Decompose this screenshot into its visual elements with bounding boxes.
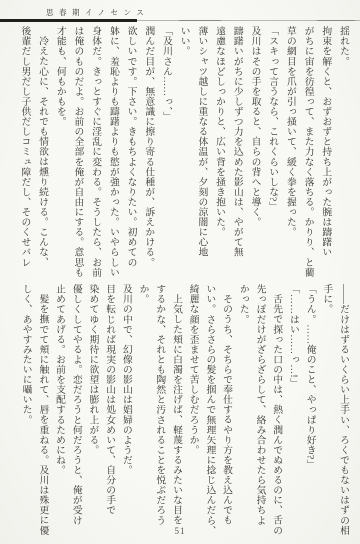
text-column: 才能も、何もかもを。 bbox=[51, 26, 69, 284]
page-number: 51 bbox=[0, 526, 360, 536]
text-column: は俺のものだよ。お前の全部を俺が自由にする。意思も bbox=[69, 26, 87, 284]
running-head-title: 思春期イノセンス bbox=[46, 7, 149, 18]
lower-text-block: ――だけはずるいくらい上手い、ろくでもないはずの相 手に。 「うん。……俺のこと… bbox=[15, 284, 351, 534]
text-column: ――だけはずるいくらい上手い、ろくでもないはずの相 bbox=[334, 284, 351, 534]
text-column: 後輩だし男だし子供だしコミュ障だし、そのくせバレ bbox=[16, 26, 34, 284]
text-column: 先っぽだけがざらざらして、絡み合わせたら気持ちよ bbox=[251, 284, 268, 534]
text-column: 染めてゆく期待に欲望は膨れ上がる。 bbox=[84, 284, 101, 534]
text-column: 「スキって言うなら、これくらいしな?」 bbox=[263, 26, 281, 284]
text-column: 優しくしてやるよ。恋だろうと何だろうと、俺が受け bbox=[67, 284, 84, 534]
text-column: 身体だ。きっとすぐに淫乱に変わる。そうしたら、お前 bbox=[86, 26, 104, 284]
text-column: 揺れた。 bbox=[334, 26, 352, 284]
text-column: 欲しいです。下さい。きもちよくなりたい。初めての bbox=[122, 26, 140, 284]
text-column: 躰に、羞恥よりも躊躇よりも慾が強かった。いやらしい bbox=[104, 26, 122, 284]
header-rule-smudge bbox=[317, 20, 355, 22]
text-column: 拘束を解くと、おずおずと持ち上がった腕は躊躇い bbox=[317, 26, 335, 284]
text-column: いい。 bbox=[175, 26, 193, 284]
text-column: 及川の中で、幻像の影山は娼婦のようだ。 bbox=[117, 284, 134, 534]
text-column: 冷えた心に、それでも情欲は燻り続ける。こんな、 bbox=[33, 26, 51, 284]
text-column: 目を転じれば現実の影山は処女めいて、自分の手で bbox=[100, 284, 117, 534]
text-column: 上気した頬に白濁を注げば、軽蔑するみたいな目を bbox=[167, 284, 184, 534]
text-column: いい。さらさらの髪を掴んで無理矢理に捻じ込んだら、 bbox=[201, 284, 218, 534]
text-column: 舌先で探った口の中は、熱く潤んでぬめるのに、舌の bbox=[267, 284, 284, 534]
text-column: しく、あやすみたいに囁いた。 bbox=[17, 284, 34, 534]
text-column: そのうち、そちらで奉仕するやり方を教え込んでも bbox=[217, 284, 234, 534]
text-column: 髪を撫でて頬に触れて、唇を重ねる。及川は殊更に優 bbox=[34, 284, 51, 534]
text-column: がちに宙を彷徨って、また力なく落ちる。かりり、と藺 bbox=[299, 26, 317, 284]
text-column: 手に。 bbox=[318, 284, 335, 534]
text-column: 止めてあげる。お前を支配するためにね。 bbox=[50, 284, 67, 534]
text-column: 遠慮なほどしっかりと、広い背を掻き抱いた。 bbox=[210, 26, 228, 284]
text-column: 綺麗な顔を歪ませて苦しむだろうか。 bbox=[184, 284, 201, 534]
text-column: 躊躇いがちに少しずつ力を込めた影山は、やがて無 bbox=[228, 26, 246, 284]
text-column: 潤んだ目が、無意識に擦り寄る仕種が、訴えかける。 bbox=[140, 26, 158, 284]
text-column: 「うん。……俺のこと、やっぱり好き?」 bbox=[301, 284, 318, 534]
book-page: 思春期イノセンス 揺れた。 拘束を解くと、おずおずと持ち上がった腕は躊躇い がち… bbox=[0, 0, 360, 544]
text-column: するかな、それとも陶然と汚されることを悦ぶだろう bbox=[151, 284, 168, 534]
text-column: か。 bbox=[134, 284, 151, 534]
text-column: 「及川さん……っ、」 bbox=[157, 26, 175, 284]
upper-text-block: 揺れた。 拘束を解くと、おずおずと持ち上がった腕は躊躇い がちに宙を彷徨って、ま… bbox=[14, 26, 352, 284]
header-rule-smudge bbox=[179, 20, 221, 22]
text-column: かった。 bbox=[234, 284, 251, 534]
text-column: 薄いシャツ越しに重なる体温が、夕刻の涼闇に心地 bbox=[193, 26, 211, 284]
text-column: 「……はい……っ…!」 bbox=[284, 284, 301, 534]
text-column: 草の網目を爪が引っ掻いて、緩く拳を握った。 bbox=[281, 26, 299, 284]
header-rule-accent bbox=[0, 19, 137, 22]
text-column: 及川はその手を取ると、自らの背へと導く。 bbox=[246, 26, 264, 284]
